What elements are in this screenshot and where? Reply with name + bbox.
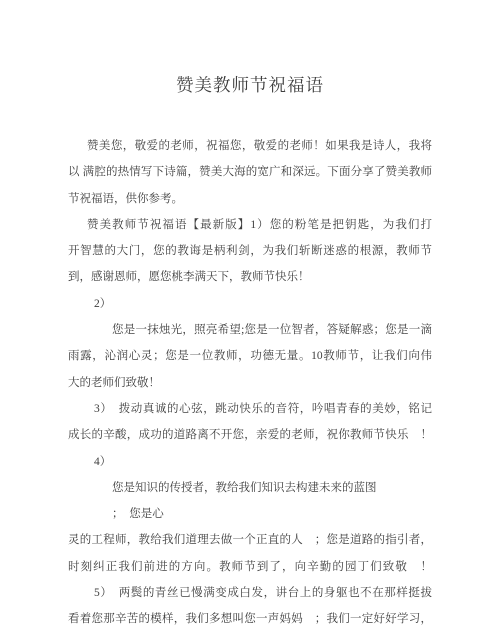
text-line: 5） 两鬓的青丝已慢满变成白发，讲台上的身躯也不在那样挺拔 xyxy=(68,580,432,606)
text-line: 雨露，沁润心灵；您是一位教师，功德无量。10教师节，让我们向伟 xyxy=(68,343,432,369)
text-line: 开智慧的大门，您的教诲是柄利剑，为我们斩断迷惑的根源，教师节 xyxy=(68,238,432,264)
text-line: 2） xyxy=(68,291,432,317)
text-line: 时刻纠正我们前进的方向。教师节到了，向辛勤的园丁们致敬 ！ xyxy=(68,554,432,580)
text-line: 赞美教师节祝福语【最新版】1）您的粉笔是把钥匙，为我们打 xyxy=(68,212,432,238)
document-title: 赞美教师节祝福语 xyxy=(0,0,500,98)
text-line: 大的老师们致敬！ xyxy=(68,370,432,396)
document-page: 赞美教师节祝福语 赞美您，敬爱的老师，祝福您，敬爱的老师！如果我是诗人，我将以 … xyxy=(0,0,500,637)
text-line: 看着您那辛苦的模样，我们多想叫您一声妈妈 ；我们一定好好学习， xyxy=(68,606,432,632)
document-body: 赞美您，敬爱的老师，祝福您，敬爱的老师！如果我是诗人，我将以 满腔的热情写下诗篇… xyxy=(68,133,432,633)
text-line: 灵的工程师，教给我们道理去做一个正直的人 ；您是道路的指引者， xyxy=(68,527,432,553)
text-line: ； 您是心 xyxy=(68,501,432,527)
text-line: 成长的辛酸，成功的道路离不开您，亲爱的老师，祝你教师节快乐 ！ xyxy=(68,422,432,448)
text-line: 以 满腔的热情写下诗篇，赞美大海的宽广和深远。下面分享了赞美教师 xyxy=(68,159,432,185)
text-line: 节祝福语，供你参考。 xyxy=(68,186,432,212)
text-line: 赞美您，敬爱的老师，祝福您，敬爱的老师！如果我是诗人，我将 xyxy=(68,133,432,159)
text-line: 您是一抹烛光，照亮希望;您是一位智者，答疑解惑；您是一滴 xyxy=(68,317,432,343)
text-line: 3） 拨动真诚的心弦，跳动快乐的音符，吟唱青春的美妙，铭记 xyxy=(68,396,432,422)
text-line: 到，感谢恩师，愿您桃李满天下，教师节快乐！ xyxy=(68,264,432,290)
text-line: 您是知识的传授者，教给我们知识去构建未来的蓝图 xyxy=(68,475,432,501)
text-line: 4） xyxy=(68,449,432,475)
